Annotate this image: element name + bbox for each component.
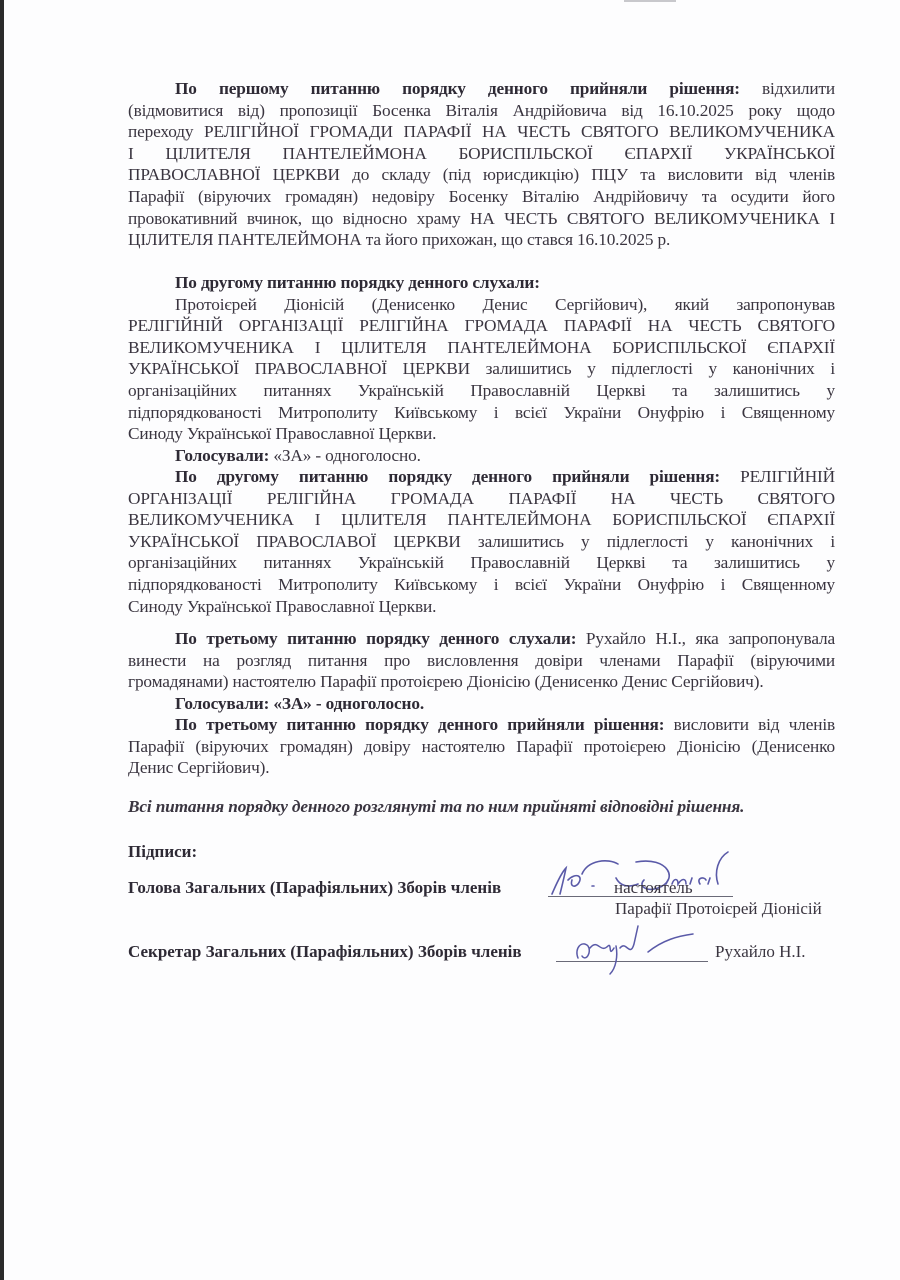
chair-signature-row: Голова Загальних (Парафіяльних) Зборів ч… [128,878,501,898]
item3-heard-paragraph: По третьому питанню порядку денного слух… [128,628,835,714]
text-line: І ЦІЛИТЕЛЯ ПАНТЕЛЕЙМОНА БОРИСПІЛЬСКОЇ ЄП… [128,143,835,165]
text-line: провокативний вчинок, що відносно храму … [128,208,835,230]
vote-line: Голосували: «ЗА» - одноголосно. [175,694,424,713]
text-line: Синоду Української Православної Церкви. [128,596,835,618]
scan-artifact [624,0,676,2]
vote-label: Голосували: [175,446,269,465]
text-line: підпорядкованості Митрополиту Київському… [128,402,835,424]
item1-decision-paragraph: По першому питанню порядку денного прийн… [128,78,835,251]
text-line: ПРАВОСЛАВНОЇ ЦЕРКВИ до складу (під юрисд… [128,164,835,186]
item2-heard-paragraph: По другому питанню порядку денного слуха… [128,272,835,466]
item3-heard-heading: По третьому питанню порядку денного слух… [175,629,576,648]
text-span: відхилити [740,79,835,98]
text-line: Парафії (віруючих громадян) недовіру Бос… [128,186,835,208]
text-line: Парафії (віруючих громадян) довіру насто… [128,736,835,758]
text-line: громадянами) настоятелю Парафії протоієр… [128,671,835,693]
conclusion: Всі питання порядку денного розглянуті т… [128,796,835,818]
chair-label: Голова Загальних (Парафіяльних) Зборів ч… [128,878,501,897]
text-line: ЦІЛИТЕЛЯ ПАНТЕЛЕЙМОНА та його прихожан, … [128,229,835,251]
text-line: організаційних питаннях Українській Прав… [128,552,835,574]
text-line: ОРГАНІЗАЦІЇ РЕЛІГІЙНА ГРОМАДА ПАРАФІЇ НА… [128,488,835,510]
chair-title-line2: Парафії Протоієрей Діонісій [615,899,822,919]
secretary-signature-icon [568,918,698,978]
secretary-label: Секретар Загальних (Парафіяльних) Зборів… [128,942,522,961]
text-line: УКРАЇНСЬКОЇ ПРАВОСЛАВОЇ ЦЕРКВИ залишитис… [128,531,835,553]
text-span: Протоієрей Діонісій (Денисенко Денис Сер… [175,295,835,314]
item3-decision-paragraph: По третьому питанню порядку денного прий… [128,714,835,779]
text-line: (відмовитися від) пропозиції Босенка Віт… [128,100,835,122]
text-line: організаційних питаннях Українській Прав… [128,380,835,402]
vote-value: «ЗА» - одноголосно. [269,446,421,465]
text-span: РЕЛІГІЙНІЙ [720,467,835,486]
item2-decision-paragraph: По другому питанню порядку денного прийн… [128,466,835,617]
text-line: підпорядкованості Митрополиту Київському… [128,574,835,596]
page-edge-shadow [0,0,4,1280]
secretary-signature-row: Секретар Загальних (Парафіяльних) Зборів… [128,942,522,962]
text-line: Синоду Української Православної Церкви. [128,423,835,445]
text-line: Денис Сергійович). [128,757,835,779]
text-line: ВЕЛИКОМУЧЕНИКА І ЦІЛИТЕЛЯ ПАНТЕЛЕЙМОНА Б… [128,509,835,531]
text-line: переходу РЕЛІГІЙНОЇ ГРОМАДИ ПАРАФІЇ НА Ч… [128,121,835,143]
chair-title-line1: настоятель [614,878,693,898]
item3-decision-heading: По третьому питанню порядку денного прий… [175,715,664,734]
text-line: УКРАЇНСЬКОЇ ПРАВОСЛАВНОЇ ЦЕРКВИ залишити… [128,358,835,380]
text-span: Рухайло Н.І., яка запропонувала [576,629,835,648]
text-line: винести на розгляд питання про висловлен… [128,650,835,672]
item2-heard-heading: По другому питанню порядку денного слуха… [175,273,540,292]
item2-decision-heading: По другому питанню порядку денного прийн… [175,467,720,486]
text-line: РЕЛІГІЙНІЙ ОРГАНІЗАЦІЇ РЕЛІГІЙНА ГРОМАДА… [128,315,835,337]
signatures-heading: Підписи: [128,842,197,862]
item1-decision-heading: По першому питанню порядку денного прийн… [175,79,740,98]
text-span: висловити від членів [664,715,835,734]
text-line: ВЕЛИКОМУЧЕНИКА І ЦІЛИТЕЛЯ ПАНТЕЛЕЙМОНА Б… [128,337,835,359]
secretary-name: Рухайло Н.І. [715,942,806,962]
